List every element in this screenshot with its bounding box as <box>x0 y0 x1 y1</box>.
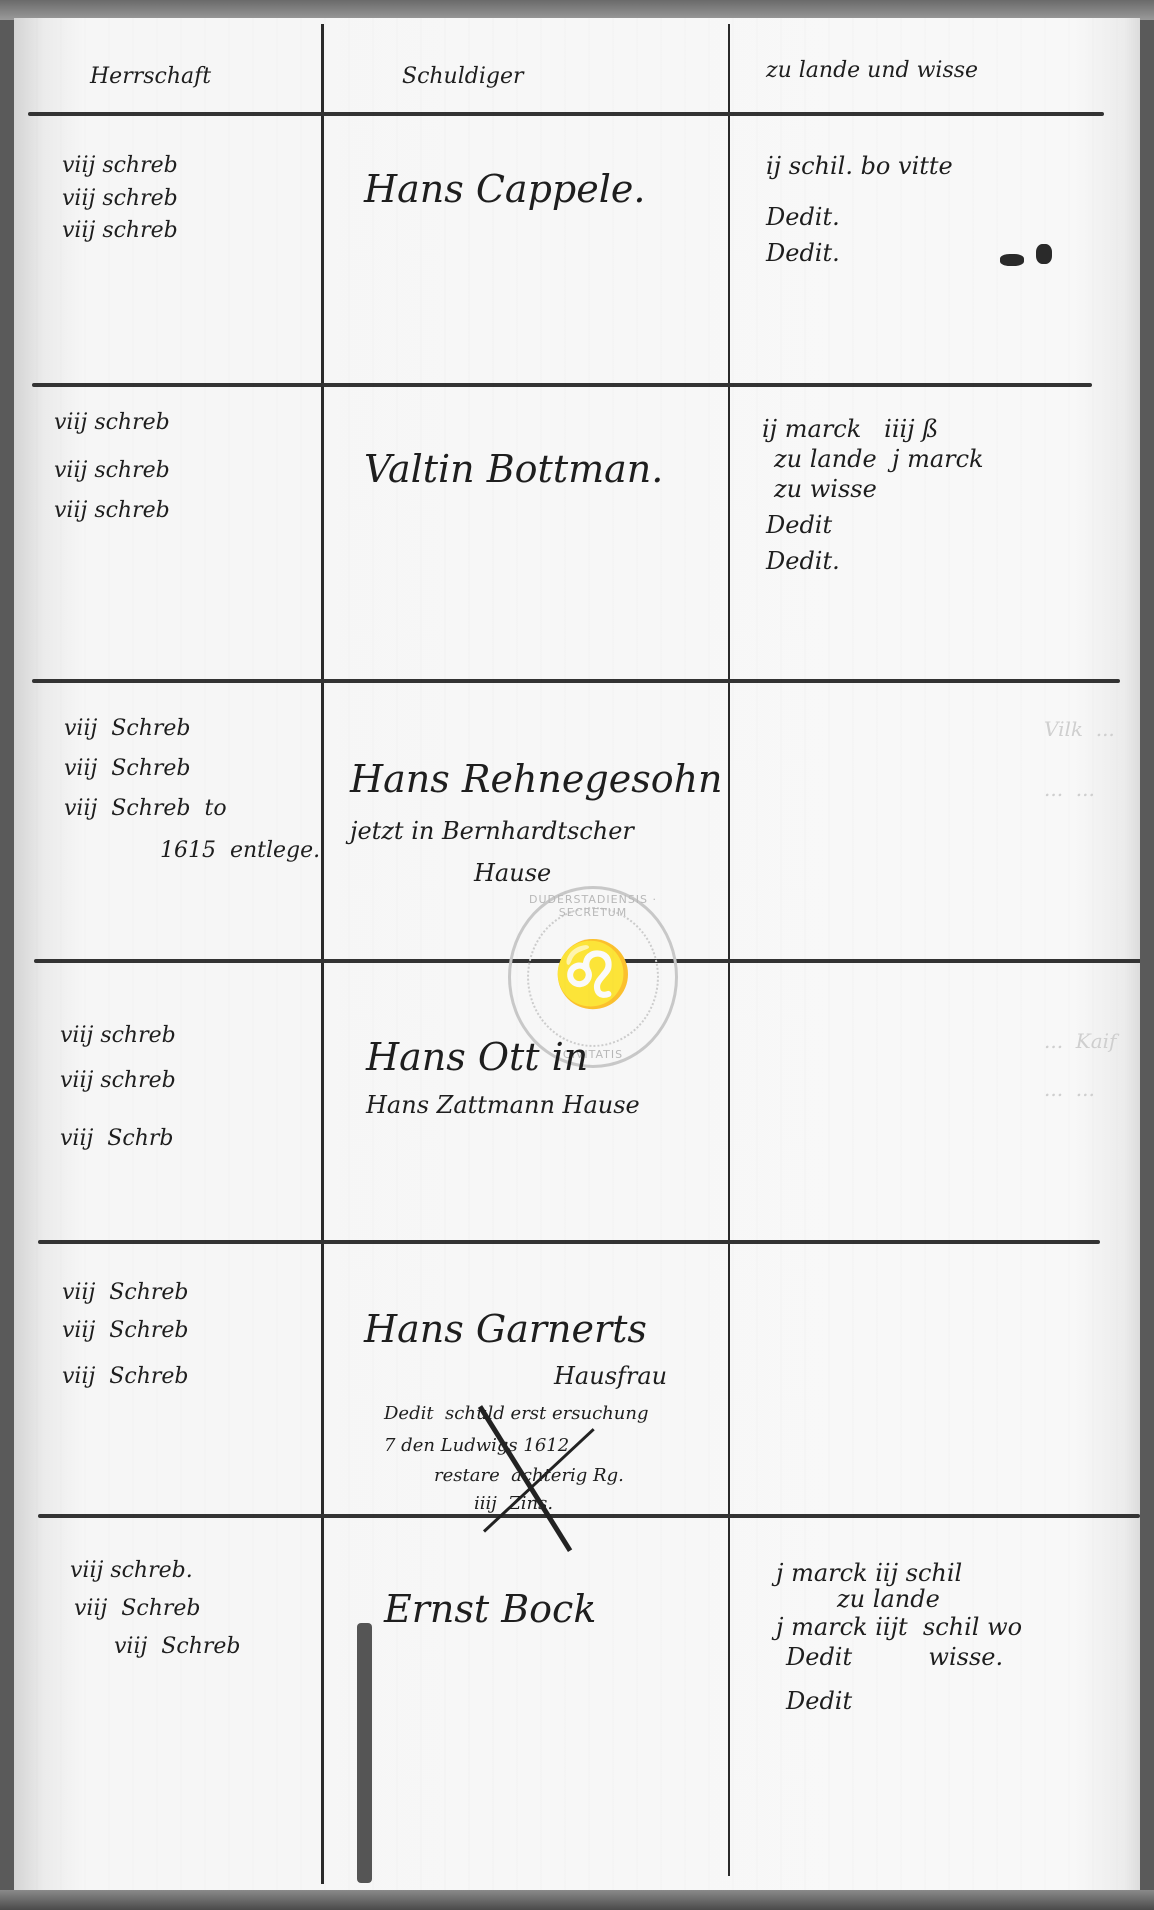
seal-inscription-top: DUDERSTADIENSIS · SECRETUM <box>511 893 675 919</box>
entry-1-amount-line-2: viij schreb <box>62 186 178 211</box>
entry-1-payment-line-3: Dedit. <box>766 240 840 268</box>
entry-5-amount-line-3: viij Schreb <box>62 1364 189 1389</box>
header-rule <box>28 112 1104 116</box>
entry-6-payment-line-2: zu lande <box>776 1586 940 1614</box>
manuscript-page: Herrschaft Schuldiger zu lande und wisse… <box>14 18 1140 1892</box>
bleed-through-text: ... ... <box>1044 1078 1095 1101</box>
entry-5-amount-line-2: viij Schreb <box>62 1318 189 1343</box>
ink-blot <box>1000 254 1024 266</box>
entry-2-debtor-name: Valtin Bottman. <box>364 448 663 492</box>
entry-5-debtor-name: Hans Garnerts <box>364 1308 647 1352</box>
entry-2-payment-line-1: ij marck iiij ß <box>762 416 938 444</box>
entry-6-payment-line-4: Dedit wisse. <box>786 1644 1003 1672</box>
entry-2-payment-line-4: Dedit <box>766 512 832 540</box>
entry-5-debtor-note-line-1: Hausfrau <box>554 1363 667 1391</box>
bleed-through-text: Vilk ... <box>1044 718 1115 741</box>
entry-6-amount-line-3: viij Schreb <box>114 1634 241 1659</box>
row-rule-2 <box>32 679 1120 683</box>
entry-5-debtor-note-line-2: Dedit schuld erst ersuchung <box>384 1404 648 1425</box>
column-header-3: zu lande und wisse <box>766 58 978 83</box>
column-divider-1-ink-drip <box>357 1623 372 1883</box>
column-header-2: Schuldiger <box>402 64 524 89</box>
entry-3-amount-line-3: viij Schreb to <box>64 796 227 821</box>
entry-6-amount-line-1: viij schreb. <box>70 1558 193 1583</box>
entry-1-amount-line-1: viij schreb <box>62 153 178 178</box>
entry-3-debtor-note-line-1: jetzt in Bernhardtscher <box>350 818 634 846</box>
entry-2-payment-line-3: zu wisse <box>774 476 877 504</box>
entry-2-amount-line-3: viij schreb <box>54 498 170 523</box>
row-rule-4 <box>38 1240 1100 1244</box>
entry-1-payment-line-1: ij schil. bo vitte <box>766 153 953 181</box>
column-divider-1 <box>321 24 324 1884</box>
entry-2-payment-line-5: Dedit. <box>766 548 840 576</box>
entry-2-amount-line-1: viij schreb <box>54 410 170 435</box>
entry-3-debtor-note-line-2: Hause <box>474 860 551 888</box>
entry-4-amount-line-3: viij Schrb <box>60 1126 173 1151</box>
bleed-through-text: ... Kaif <box>1044 1030 1116 1053</box>
lion-rampant-icon: ♌ <box>511 937 675 1012</box>
entry-6-debtor-name: Ernst Bock <box>384 1588 596 1632</box>
entry-1-debtor-name: Hans Cappele. <box>364 168 645 212</box>
entry-5-amount-line-1: viij Schreb <box>62 1280 189 1305</box>
entry-2-payment-line-2: zu lande j marck <box>774 446 984 474</box>
entry-5-debtor-note-line-3: 7 den Ludwigs 1612 <box>384 1436 569 1457</box>
entry-3-amount-line-1: viij Schreb <box>64 716 191 741</box>
entry-1-amount-line-3: viij schreb <box>62 218 178 243</box>
entry-3-amount-line-2: viij Schreb <box>64 756 191 781</box>
column-header-1: Herrschaft <box>90 64 211 89</box>
row-rule-5 <box>38 1514 1140 1518</box>
bleed-through-text: ... ... <box>1044 778 1095 801</box>
entry-3-amount-line-4: 1615 entlege. <box>160 838 320 863</box>
entry-4-debtor-note: Hans Zattmann Hause <box>366 1092 640 1120</box>
entry-6-amount-line-2: viij Schreb <box>74 1596 201 1621</box>
entry-6-payment-line-3: j marck iijt schil wo <box>776 1614 1022 1642</box>
entry-6-payment-line-5: Dedit <box>786 1688 852 1716</box>
row-rule-1 <box>32 383 1092 387</box>
entry-4-amount-line-1: viij schreb <box>60 1023 176 1048</box>
entry-1-payment-line-2: Dedit. <box>766 204 840 232</box>
scan-bottom-edge <box>0 1890 1154 1910</box>
entry-4-debtor-name: Hans Ott in <box>366 1036 588 1080</box>
entry-4-amount-line-2: viij schreb <box>60 1068 176 1093</box>
entry-2-amount-line-2: viij schreb <box>54 458 170 483</box>
column-divider-2 <box>728 24 730 1876</box>
entry-3-debtor-name: Hans Rehnegesohn <box>350 758 723 802</box>
entry-6-payment-line-1: j marck iij schil <box>776 1560 962 1588</box>
scan-top-edge <box>0 0 1154 20</box>
ink-blot <box>1036 244 1052 264</box>
